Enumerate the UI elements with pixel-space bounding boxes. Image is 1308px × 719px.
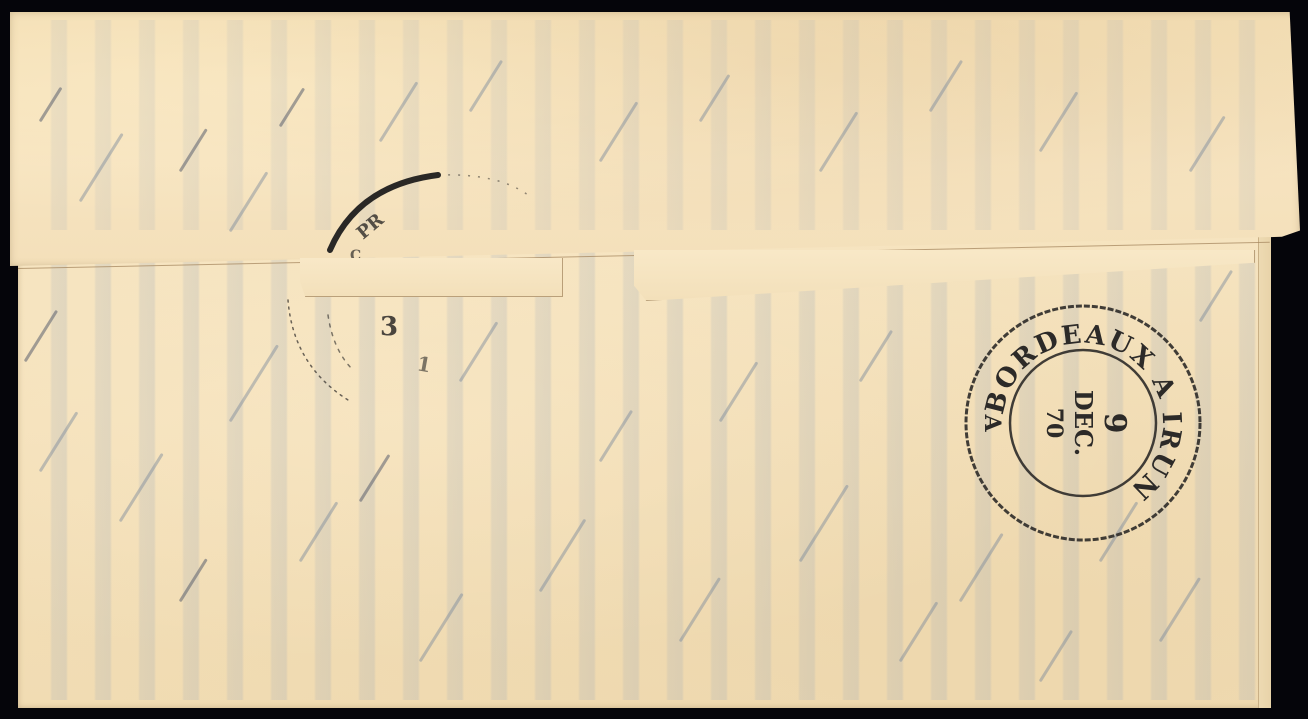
top-flap bbox=[10, 12, 1300, 266]
svg-text:A: A bbox=[979, 413, 1005, 432]
svg-text:70: 70 bbox=[1041, 408, 1067, 439]
postal-cover-photo: 3 1 PR C BORDEAUX bbox=[0, 0, 1308, 719]
svg-text:9: 9 bbox=[1097, 413, 1132, 434]
postmark-bordeaux-a-irun: BORDEAUX A IRUN A 9 DEC. 70 bbox=[963, 303, 1203, 543]
svg-text:PR: PR bbox=[353, 209, 389, 244]
tuck-flap-left bbox=[300, 258, 563, 297]
sheet-right-edge bbox=[1258, 232, 1271, 708]
svg-text:DEC.: DEC. bbox=[1069, 390, 1098, 456]
